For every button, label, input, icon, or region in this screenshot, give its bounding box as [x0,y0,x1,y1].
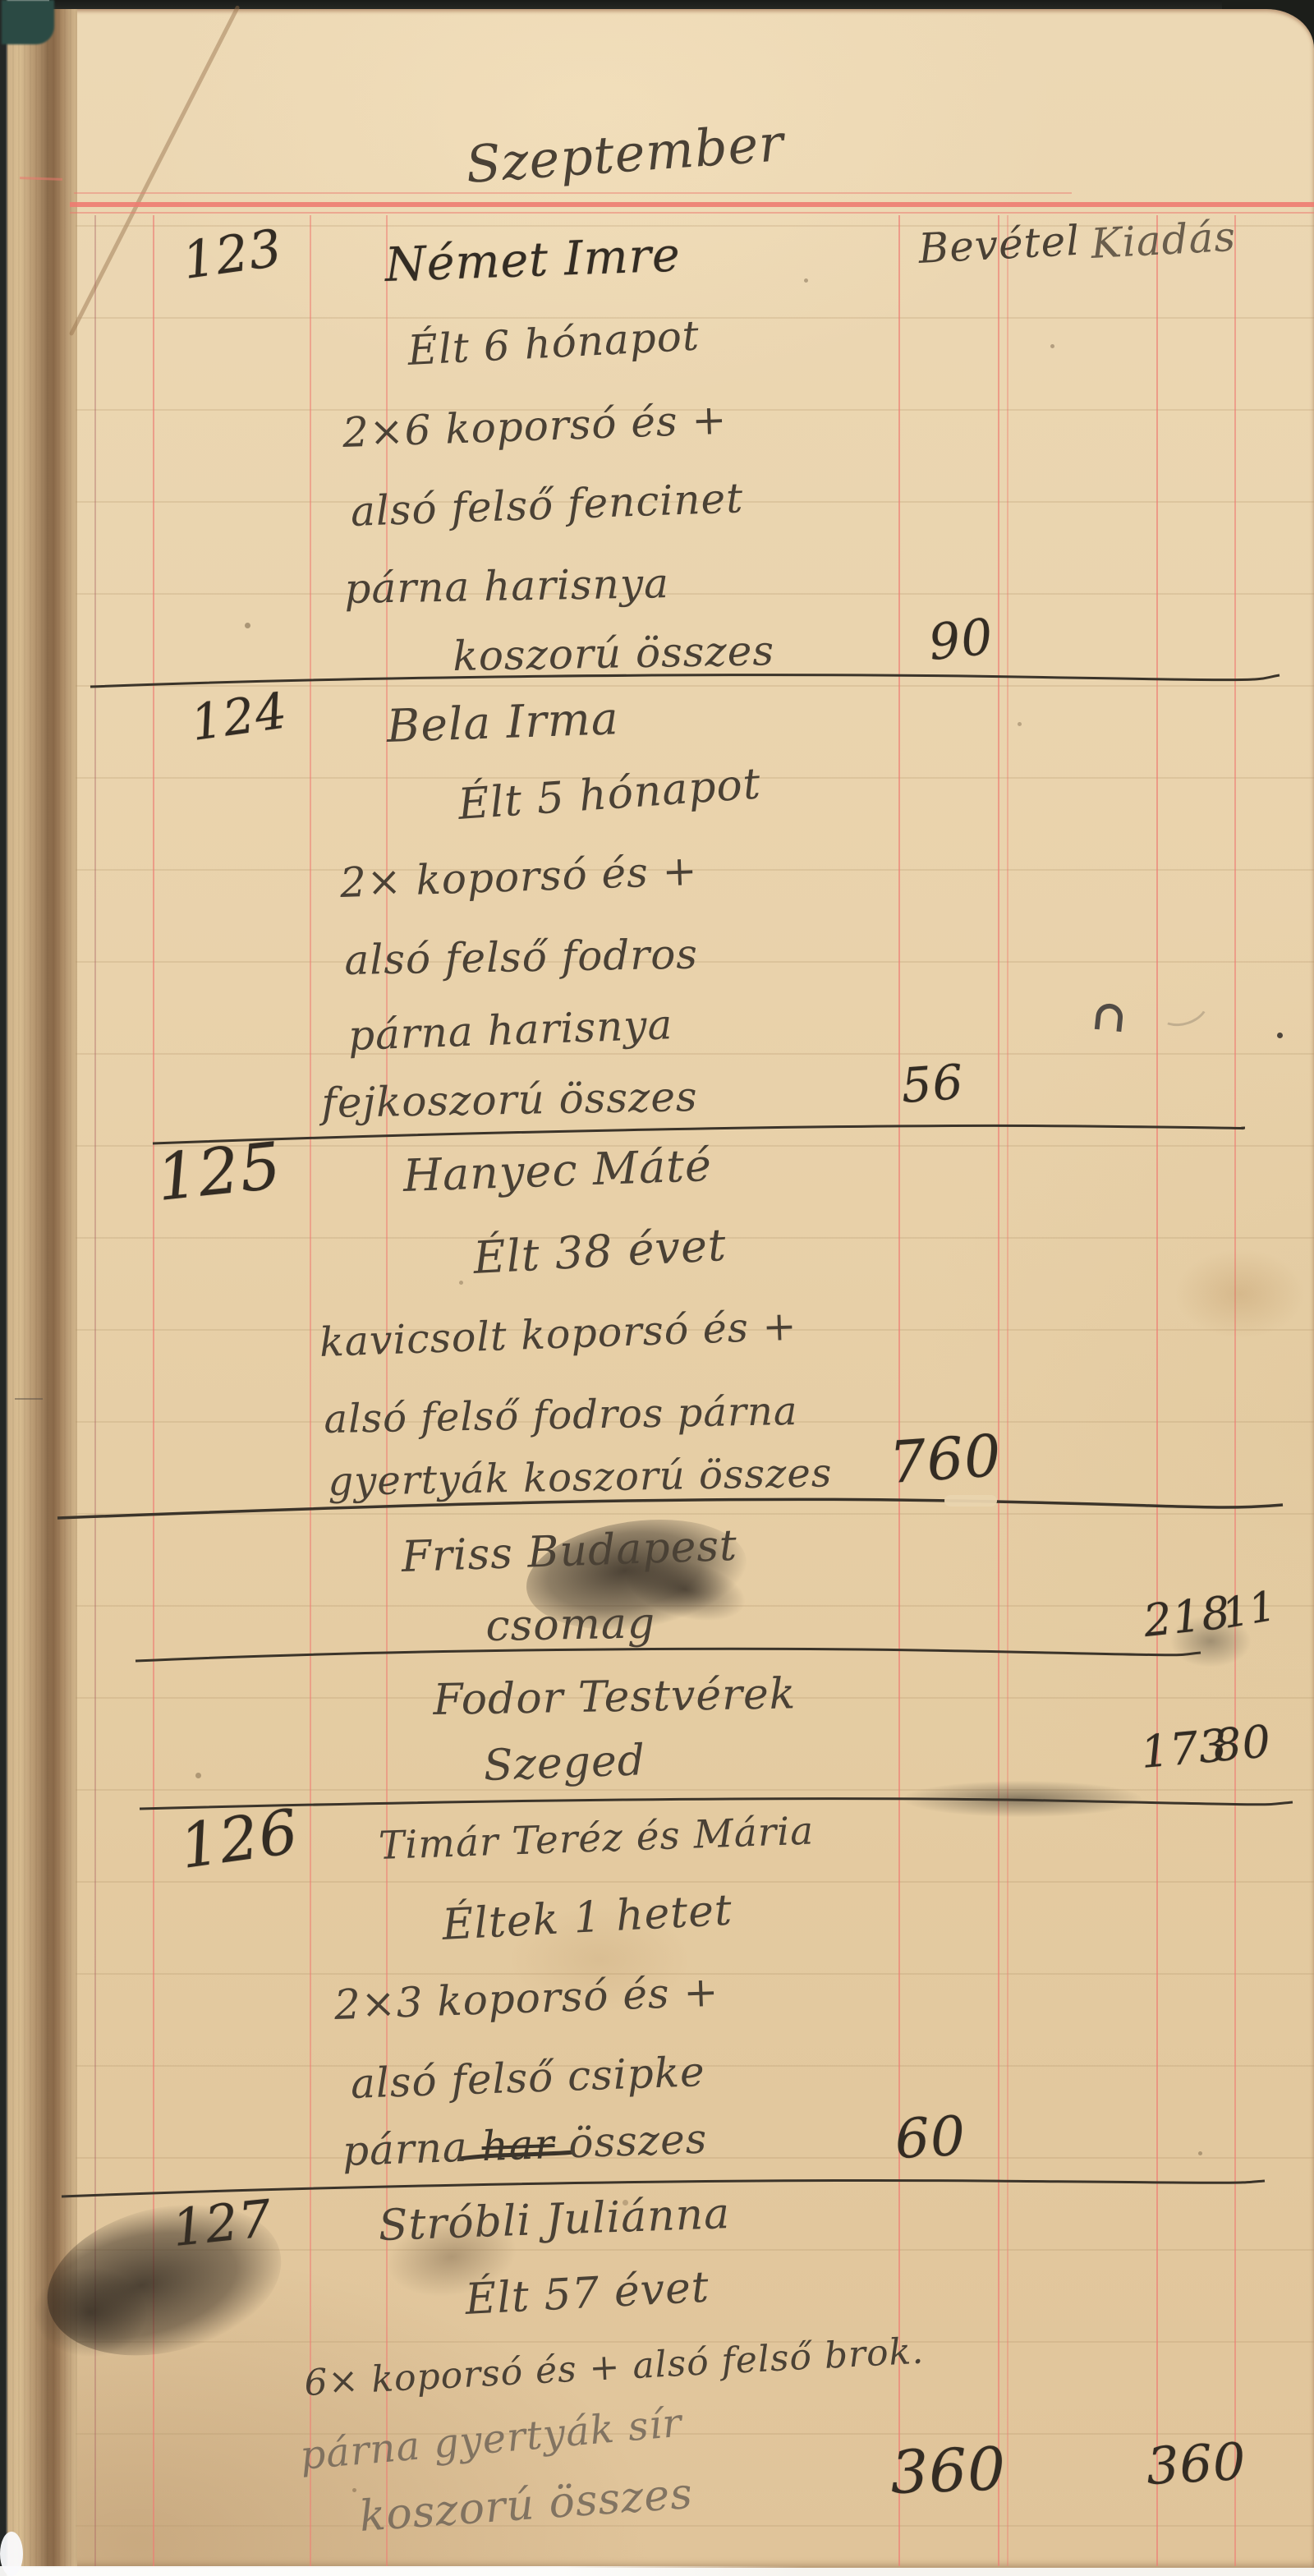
entry-number: 125 [154,1129,285,1216]
entry-total-line: gyertyák koszorú összes [328,1450,833,1505]
struck-word: har [481,2120,556,2170]
income-column-header: Bevétel [917,217,1082,273]
scanned-ledger-page: ∩ Szeptember Bevétel Kiadás 123 Német Im… [0,0,1314,2576]
entry-name: Bela Irma [386,692,620,752]
separator-lines [0,0,1314,2576]
income-amount: 90 [926,608,996,672]
paper-stain [1174,1249,1306,1339]
entry-total-word: összes [567,2115,708,2168]
income-amount: 56 [899,1054,965,1114]
entry-total-line: koszorú összes [453,627,774,680]
expense-amount-sub: 11 [1219,1581,1280,1638]
line-correction-patch [944,1495,997,1506]
entry-separator-line [57,1499,1283,1518]
supplier-line: Szeged [483,1736,646,1791]
expense-column-header: Kiadás [1090,213,1237,268]
income-amount: 360 [889,2434,1007,2507]
income-amount: 60 [894,2104,967,2171]
supplier-line: csomag [485,1598,656,1651]
income-amount: 760 [887,1422,1004,1497]
entry-number: 127 [169,2188,274,2258]
expense-amount-sub: 80 [1211,1715,1274,1772]
expense-amount: 360 [1145,2431,1247,2496]
stray-margin-mark [15,1398,43,1400]
supplier-name: Fodor Testvérek [433,1669,797,1725]
ink-blot-margin [33,2267,148,2357]
entry-separator-line [136,1649,1201,1661]
entry-line: alsó felső fodros párna [324,1388,798,1442]
entry-name: Hanyec Máté [402,1139,713,1202]
smear-on-line [903,1781,1142,1817]
entry-total-line: fejkoszorú összes [321,1073,698,1127]
entry-total-word: párna [342,2123,469,2175]
entry-line: alsó felső fodros [344,930,698,984]
entry-name: Német Imre [384,228,682,292]
stray-ink-mark: ∩ [1089,989,1131,1042]
entry-line: párna harisnya [344,559,669,613]
